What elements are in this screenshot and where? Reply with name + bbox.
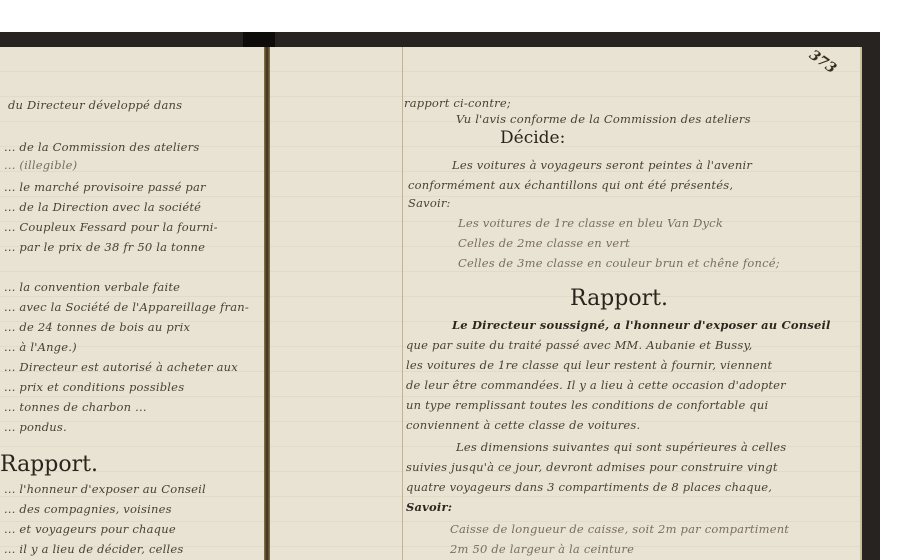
left-line: ... la convention verbale faite	[4, 280, 180, 294]
left-line: du Directeur développé dans	[8, 98, 182, 112]
right-line: quatre voyageurs dans 3 compartiments de…	[406, 480, 772, 494]
left-line: ... il y a lieu de décider, celles	[4, 542, 183, 556]
left-line: ... par le prix de 38 fr 50 la tonne	[4, 240, 205, 254]
decide-heading: Décide:	[500, 128, 565, 148]
left-line: ... (illegible)	[4, 158, 77, 172]
page-gutter	[264, 47, 270, 560]
left-line: ... à l'Ange.)	[4, 340, 77, 354]
right-line: Savoir:	[406, 500, 452, 514]
right-line: Caisse de longueur de caisse, soit 2m pa…	[450, 522, 789, 536]
left-line: ... pondus.	[4, 420, 67, 434]
right-line: 2m 50 de largeur à la ceinture	[450, 542, 634, 556]
left-line: ... l'honneur d'exposer au Conseil	[4, 482, 206, 496]
right-line: Celles de 3me classe en couleur brun et …	[458, 256, 780, 270]
right-line: suivies jusqu'à ce jour, devront admises…	[406, 460, 778, 474]
left-line: ... et voyageurs pour chaque	[4, 522, 176, 536]
left-line: ... de la Direction avec la société	[4, 200, 201, 214]
right-line: Vu l'avis conforme de la Commission des …	[456, 112, 751, 126]
left-rapport-heading: Rapport.	[0, 452, 98, 477]
margin-rule	[402, 47, 403, 560]
right-line: conviennent à cette classe de voitures.	[406, 418, 640, 432]
right-line: conformément aux échantillons qui ont ét…	[408, 178, 733, 192]
left-line: ... prix et conditions possibles	[4, 380, 184, 394]
left-line: ... Coupleux Fessard pour la fourni-	[4, 220, 218, 234]
right-rapport-heading: Rapport.	[570, 286, 668, 311]
left-line: ... Directeur est autorisé à acheter aux	[4, 360, 238, 374]
left-line: ... le marché provisoire passé par	[4, 180, 206, 194]
left-line: ... des compagnies, voisines	[4, 502, 172, 516]
right-line: Celles de 2me classe en vert	[458, 236, 630, 250]
right-line: Les voitures de 1re classe en bleu Van D…	[458, 216, 723, 230]
left-line: ... tonnes de charbon ...	[4, 400, 147, 414]
right-line: Les dimensions suivantes qui sont supéri…	[456, 440, 786, 454]
left-line: ... avec la Société de l'Appareillage fr…	[4, 300, 249, 314]
right-line: Savoir:	[408, 196, 451, 210]
book-spine	[243, 32, 275, 48]
left-line: ... de 24 tonnes de bois au prix	[4, 320, 190, 334]
right-line: que par suite du traité passé avec MM. A…	[406, 338, 752, 352]
right-line: de leur être commandées. Il y a lieu à c…	[406, 378, 786, 392]
right-line: Les voitures à voyageurs seront peintes …	[452, 158, 752, 172]
right-line: Le Directeur soussigné, a l'honneur d'ex…	[452, 318, 831, 332]
right-line: rapport ci-contre;	[404, 96, 511, 110]
right-line: les voitures de 1re classe qui leur rest…	[406, 358, 772, 372]
right-line: un type remplissant toutes les condition…	[406, 398, 768, 412]
left-line: ... de la Commission des ateliers	[4, 140, 199, 154]
